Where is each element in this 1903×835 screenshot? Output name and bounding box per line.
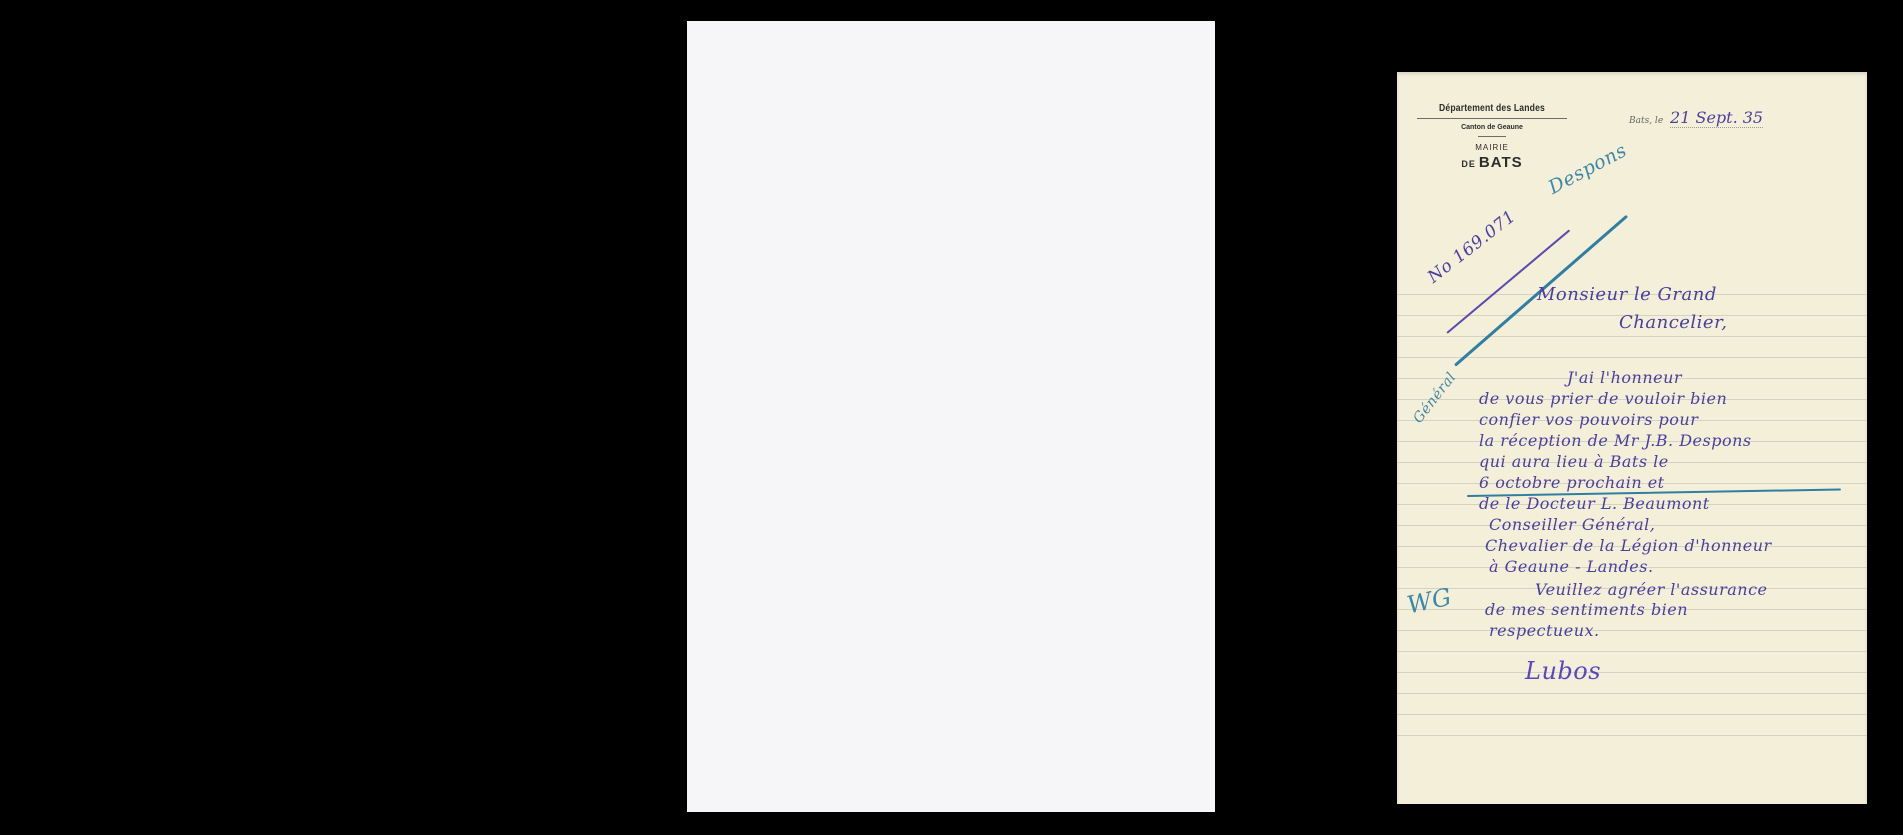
closing-line: de mes sentiments bien <box>1485 600 1688 619</box>
letterhead: Département des Landes Canton de Geaune … <box>1417 102 1567 171</box>
ruled-line <box>1397 672 1867 673</box>
reference-number: No 169.071 <box>1424 207 1520 288</box>
mairie-label: MAIRIE <box>1417 143 1567 152</box>
body-line: la réception de Mr J.B. Despons <box>1479 431 1752 450</box>
de-label: DE <box>1461 159 1476 169</box>
body-line: 6 octobre prochain et <box>1479 473 1665 492</box>
body-line: J'ai l'honneur <box>1567 368 1682 387</box>
body-line: de le Docteur L. Beaumont <box>1479 494 1710 513</box>
body-line: de vous prier de vouloir bien <box>1479 389 1727 408</box>
closing-line: Veuillez agréer l'assurance <box>1535 580 1768 599</box>
town-name: DEBATS <box>1417 154 1567 171</box>
ruled-line <box>1397 651 1867 652</box>
divider <box>1478 136 1506 137</box>
dateline: Bats, le 21 Sept. 35 <box>1629 108 1763 127</box>
signature: Lubos <box>1525 657 1601 685</box>
ruled-line <box>1397 735 1867 736</box>
body-line: confier vos pouvoirs pour <box>1479 410 1698 429</box>
ruled-line <box>1397 630 1867 631</box>
salutation-line-2: Chancelier, <box>1619 312 1727 333</box>
ruled-line <box>1397 714 1867 715</box>
department-name: Département des Landes <box>1431 102 1554 114</box>
document-mount: Département des Landes Canton de Geaune … <box>687 21 1215 812</box>
body-line: qui aura lieu à Bats le <box>1479 452 1669 471</box>
divider <box>1417 118 1567 119</box>
town-label: BATS <box>1479 154 1523 171</box>
ruled-line <box>1397 693 1867 694</box>
body-line: Conseiller Général, <box>1489 515 1655 534</box>
body-line: à Geaune - Landes. <box>1489 557 1654 576</box>
letter-date: 21 Sept. 35 <box>1670 108 1763 128</box>
closing-line: respectueux. <box>1489 621 1600 640</box>
ruled-line <box>1397 357 1867 358</box>
letter-page: Département des Landes Canton de Geaune … <box>1397 72 1867 804</box>
place-prefix: Bats, le <box>1629 116 1663 126</box>
body-line: Chevalier de la Légion d'honneur <box>1485 536 1772 555</box>
salutation-line-1: Monsieur le Grand <box>1537 284 1717 305</box>
canton-name: Canton de Geaune <box>1417 124 1567 131</box>
ruled-line <box>1397 336 1867 337</box>
